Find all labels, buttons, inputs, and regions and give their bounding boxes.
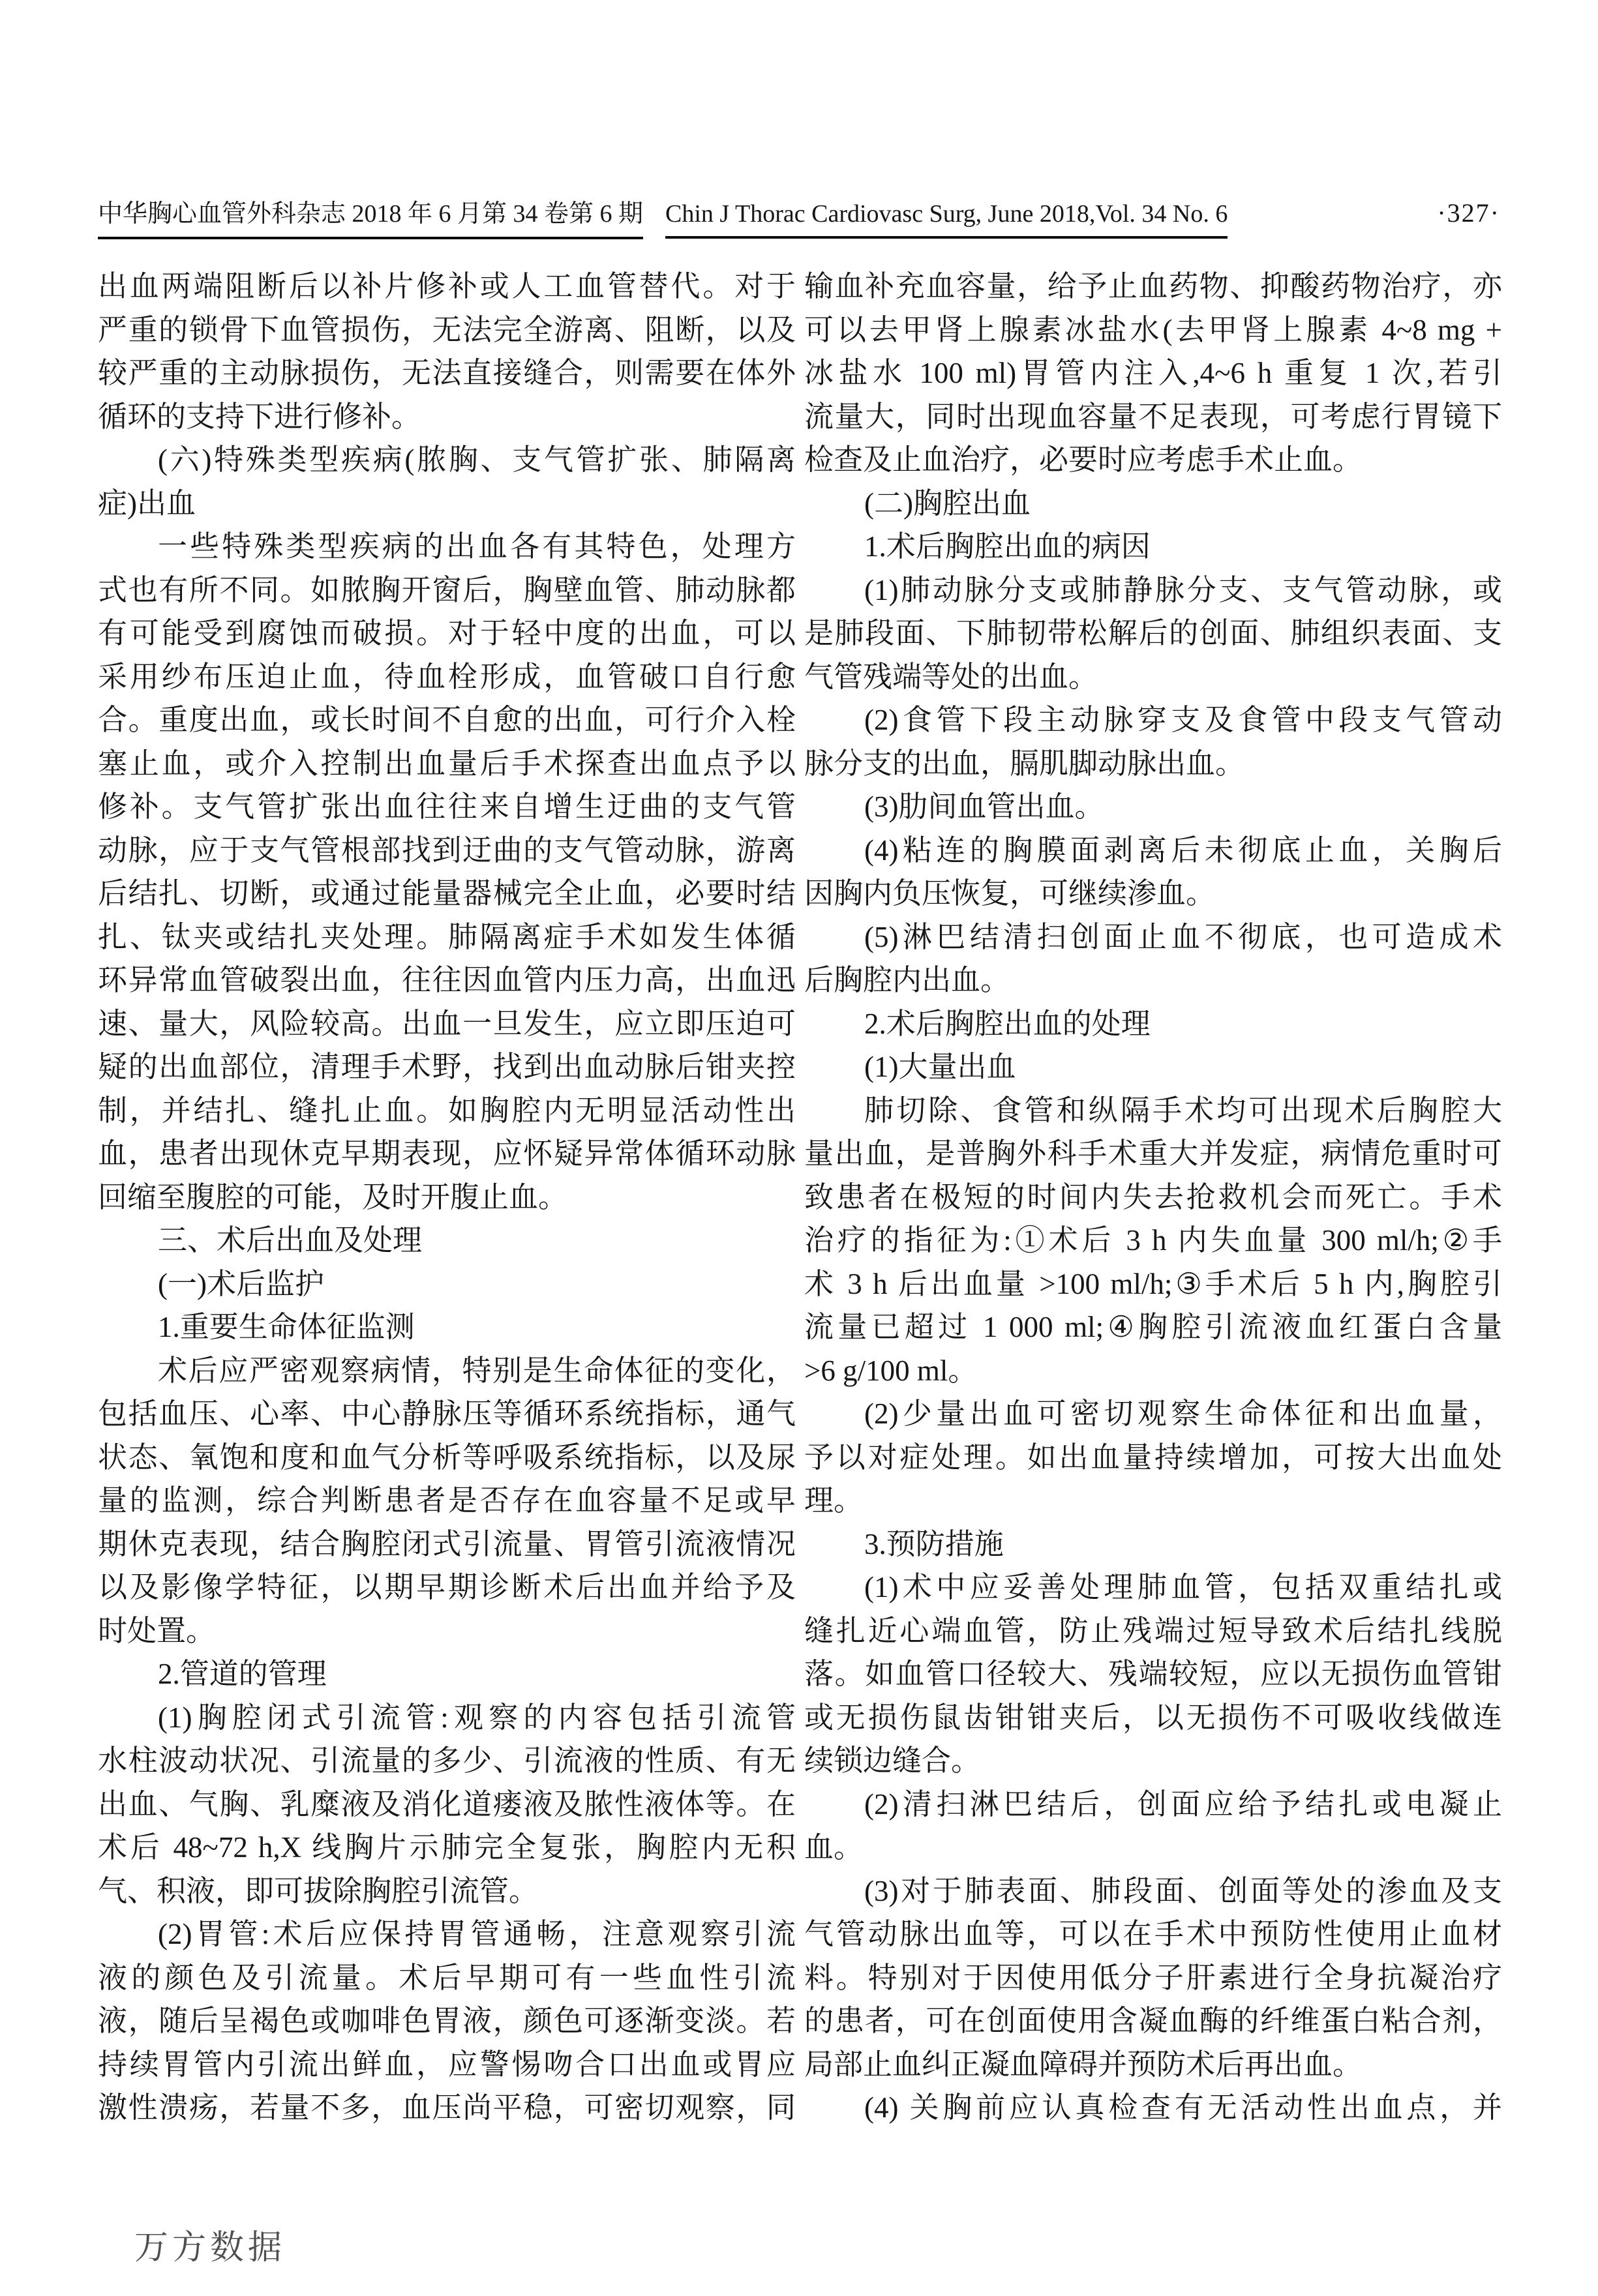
text-line: 有可能受到腐蚀而破损。对于轻中度的出血，可以: [98, 612, 796, 655]
text-line: 或无损伤鼠齿钳钳夹后，以无损伤不可吸收线做连: [804, 1696, 1502, 1740]
watermark: 万方数据: [134, 2220, 286, 2269]
text-line: (2)胃管:术后应保持胃管通畅，注意观察引流: [98, 1913, 796, 1956]
text-line: (1)胸腔闭式引流管:观察的内容包括引流管: [98, 1696, 796, 1740]
text-line: 治疗的指征为:①术后 3 h 内失血量 300 ml/h;②手: [804, 1219, 1502, 1262]
text-line: 术 3 h 后出血量 >100 ml/h;③手术后 5 h 内,胸腔引: [804, 1262, 1502, 1306]
text-line: 可以去甲肾上腺素冰盐水(去甲肾上腺素 4~8 mg +: [804, 308, 1502, 352]
text-line: 流量已超过 1 000 ml;④胸腔引流液血红蛋白含量: [804, 1305, 1502, 1349]
text-line: (2)食管下段主动脉穿支及食管中段支气管动: [804, 698, 1502, 742]
text-line: 局部止血纠正凝血障碍并预防术后再出血。: [804, 2043, 1502, 2087]
text-line: 状态、氧饱和度和血气分析等呼吸系统指标，以及尿: [98, 1436, 796, 1480]
text-line: 式也有所不同。如脓胸开窗后，胸壁血管、肺动脉都: [98, 569, 796, 612]
text-line: 落。如血管口径较大、残端较短，应以无损伤血管钳: [804, 1652, 1502, 1696]
text-line: 三、术后出血及处理: [98, 1219, 796, 1262]
text-line: 检查及止血治疗，必要时应考虑手术止血。: [804, 438, 1502, 482]
text-line: 症)出血: [98, 482, 796, 526]
text-line: 1.重要生命体征监测: [98, 1305, 796, 1349]
text-line: (3)对于肺表面、肺段面、创面等处的渗血及支: [804, 1870, 1502, 1913]
text-line: 术后 48~72 h,X 线胸片示肺完全复张，胸腔内无积: [98, 1826, 796, 1870]
text-line: 一些特殊类型疾病的出血各有其特色，处理方: [98, 525, 796, 569]
text-line: 以及影像学特征，以期早期诊断术后出血并给予及: [98, 1566, 796, 1609]
text-line: 致患者在极短的时间内失去抢救机会而死亡。手术: [804, 1176, 1502, 1219]
text-line: 采用纱布压迫止血，待血栓形成，血管破口自行愈: [98, 655, 796, 699]
text-line: 持续胃管内引流出鲜血，应警惕吻合口出血或胃应: [98, 2043, 796, 2087]
journal-title-cn: 中华胸心血管外科杂志 2018 年 6 月第 34 卷第 6 期: [98, 193, 643, 239]
text-line: 量的监测，综合判断患者是否存在血容量不足或早: [98, 1479, 796, 1523]
text-line: 液，随后呈褐色或咖啡色胃液，颜色可逐渐变淡。若: [98, 1999, 796, 2043]
text-line: 2.术后胸腔出血的处理: [804, 1002, 1502, 1046]
text-line: (4) 关胸前应认真检查有无活动性出血点，并: [804, 2086, 1502, 2130]
text-line: 回缩至腹腔的可能，及时开腹止血。: [98, 1176, 796, 1219]
text-line: (2)清扫淋巴结后，创面应给予结扎或电凝止: [804, 1783, 1502, 1826]
text-line: 气管残端等处的出血。: [804, 655, 1502, 699]
text-line: 出血、气胸、乳糜液及消化道瘘液及脓性液体等。在: [98, 1783, 796, 1826]
text-line: (一)术后监护: [98, 1262, 796, 1306]
text-line: (4)粘连的胸膜面剥离后未彻底止血，关胸后: [804, 829, 1502, 872]
text-line: 后胸腔内出血。: [804, 959, 1502, 1002]
text-line: (1)大量出血: [804, 1045, 1502, 1089]
text-line: 塞止血，或介入控制出血量后手术探查出血点予以: [98, 742, 796, 786]
text-line: 量出血，是普胸外科手术重大并发症，病情危重时可: [804, 1132, 1502, 1176]
text-line: 缝扎近心端血管，防止残端过短导致术后结扎线脱: [804, 1609, 1502, 1653]
text-line: 合。重度出血，或长时间不自愈的出血，可行介入栓: [98, 698, 796, 742]
text-line: 水柱波动状况、引流量的多少、引流液的性质、有无: [98, 1739, 796, 1783]
text-line: 料。特别对于因使用低分子肝素进行全身抗凝治疗: [804, 1956, 1502, 2000]
journal-title-en: Chin J Thorac Cardiovasc Surg, June 2018…: [665, 200, 1228, 239]
text-line: 肺切除、食管和纵隔手术均可出现术后胸腔大: [804, 1089, 1502, 1133]
text-line: 后结扎、切断，或通过能量器械完全止血，必要时结: [98, 872, 796, 916]
text-line: 气、积液，即可拔除胸腔引流管。: [98, 1870, 796, 1913]
text-line: 予以对症处理。如出血量持续增加，可按大出血处: [804, 1436, 1502, 1480]
text-line: 环异常血管破裂出血，往往因血管内压力高，出血迅: [98, 959, 796, 1002]
text-line: 续锁边缝合。: [804, 1739, 1502, 1783]
text-line: 的患者，可在创面使用含凝血酶的纤维蛋白粘合剂，: [804, 1999, 1502, 2043]
text-line: 疑的出血部位，清理手术野，找到出血动脉后钳夹控: [98, 1045, 796, 1089]
text-line: 1.术后胸腔出血的病因: [804, 525, 1502, 569]
text-line: 血，患者出现休克早期表现，应怀疑异常体循环动脉: [98, 1132, 796, 1176]
text-line: 脉分支的出血，膈肌脚动脉出血。: [804, 742, 1502, 786]
article-column-right: 输血补充血容量，给予止血药物、抑酸药物治疗，亦可以去甲肾上腺素冰盐水(去甲肾上腺…: [804, 265, 1502, 2130]
text-line: 动脉，应于支气管根部找到迂曲的支气管动脉，游离: [98, 829, 796, 872]
text-line: 较严重的主动脉损伤，无法直接缝合，则需要在体外: [98, 351, 796, 395]
text-line: 扎、钛夹或结扎夹处理。肺隔离症手术如发生体循: [98, 916, 796, 959]
text-line: 血。: [804, 1826, 1502, 1870]
text-line: 3.预防措施: [804, 1523, 1502, 1566]
text-line: 包括血压、心率、中心静脉压等循环系统指标，通气: [98, 1392, 796, 1436]
text-line: 严重的锁骨下血管损伤，无法完全游离、阻断，以及: [98, 308, 796, 352]
text-line: 术后应严密观察病情，特别是生命体征的变化，: [98, 1349, 796, 1393]
text-line: 2.管道的管理: [98, 1652, 796, 1696]
text-line: 输血补充血容量，给予止血药物、抑酸药物治疗，亦: [804, 265, 1502, 308]
page-header: 中华胸心血管外科杂志 2018 年 6 月第 34 卷第 6 期 Chin J …: [98, 193, 1500, 239]
text-line: >6 g/100 ml。: [804, 1349, 1502, 1393]
text-line: 流量大，同时出现血容量不足表现，可考虑行胃镜下: [804, 395, 1502, 439]
page-number: ·327·: [1437, 198, 1500, 228]
text-line: (5)淋巴结清扫创面止血不彻底，也可造成术: [804, 916, 1502, 959]
text-line: 液的颜色及引流量。术后早期可有一些血性引流: [98, 1956, 796, 2000]
text-line: (3)肋间血管出血。: [804, 785, 1502, 829]
text-line: (二)胸腔出血: [804, 482, 1502, 526]
text-line: 循环的支持下进行修补。: [98, 395, 796, 439]
text-line: (1)肺动脉分支或肺静脉分支、支气管动脉，或: [804, 569, 1502, 612]
text-line: 因胸内负压恢复，可继续渗血。: [804, 872, 1502, 916]
text-line: 制，并结扎、缝扎止血。如胸腔内无明显活动性出: [98, 1089, 796, 1133]
text-line: (六)特殊类型疾病(脓胸、支气管扩张、肺隔离: [98, 438, 796, 482]
text-line: 修补。支气管扩张出血往往来自增生迂曲的支气管: [98, 785, 796, 829]
text-line: 气管动脉出血等，可以在手术中预防性使用止血材: [804, 1913, 1502, 1956]
text-line: (1)术中应妥善处理肺血管，包括双重结扎或: [804, 1566, 1502, 1609]
article-column-left: 出血两端阻断后以补片修补或人工血管替代。对于严重的锁骨下血管损伤，无法完全游离、…: [98, 265, 796, 2130]
text-line: 期休克表现，结合胸腔闭式引流量、胃管引流液情况: [98, 1523, 796, 1566]
text-line: 理。: [804, 1479, 1502, 1523]
text-line: 激性溃疡，若量不多，血压尚平稳，可密切观察，同时: [98, 2086, 796, 2130]
text-line: 速、量大，风险较高。出血一旦发生，应立即压迫可: [98, 1002, 796, 1046]
text-line: 冰盐水 100 ml)胃管内注入,4~6 h 重复 1 次,若引: [804, 351, 1502, 395]
text-line: 出血两端阻断后以补片修补或人工血管替代。对于: [98, 265, 796, 308]
text-line: 时处置。: [98, 1609, 796, 1653]
text-line: (2)少量出血可密切观察生命体征和出血量，: [804, 1392, 1502, 1436]
text-line: 是肺段面、下肺韧带松解后的创面、肺组织表面、支: [804, 612, 1502, 655]
